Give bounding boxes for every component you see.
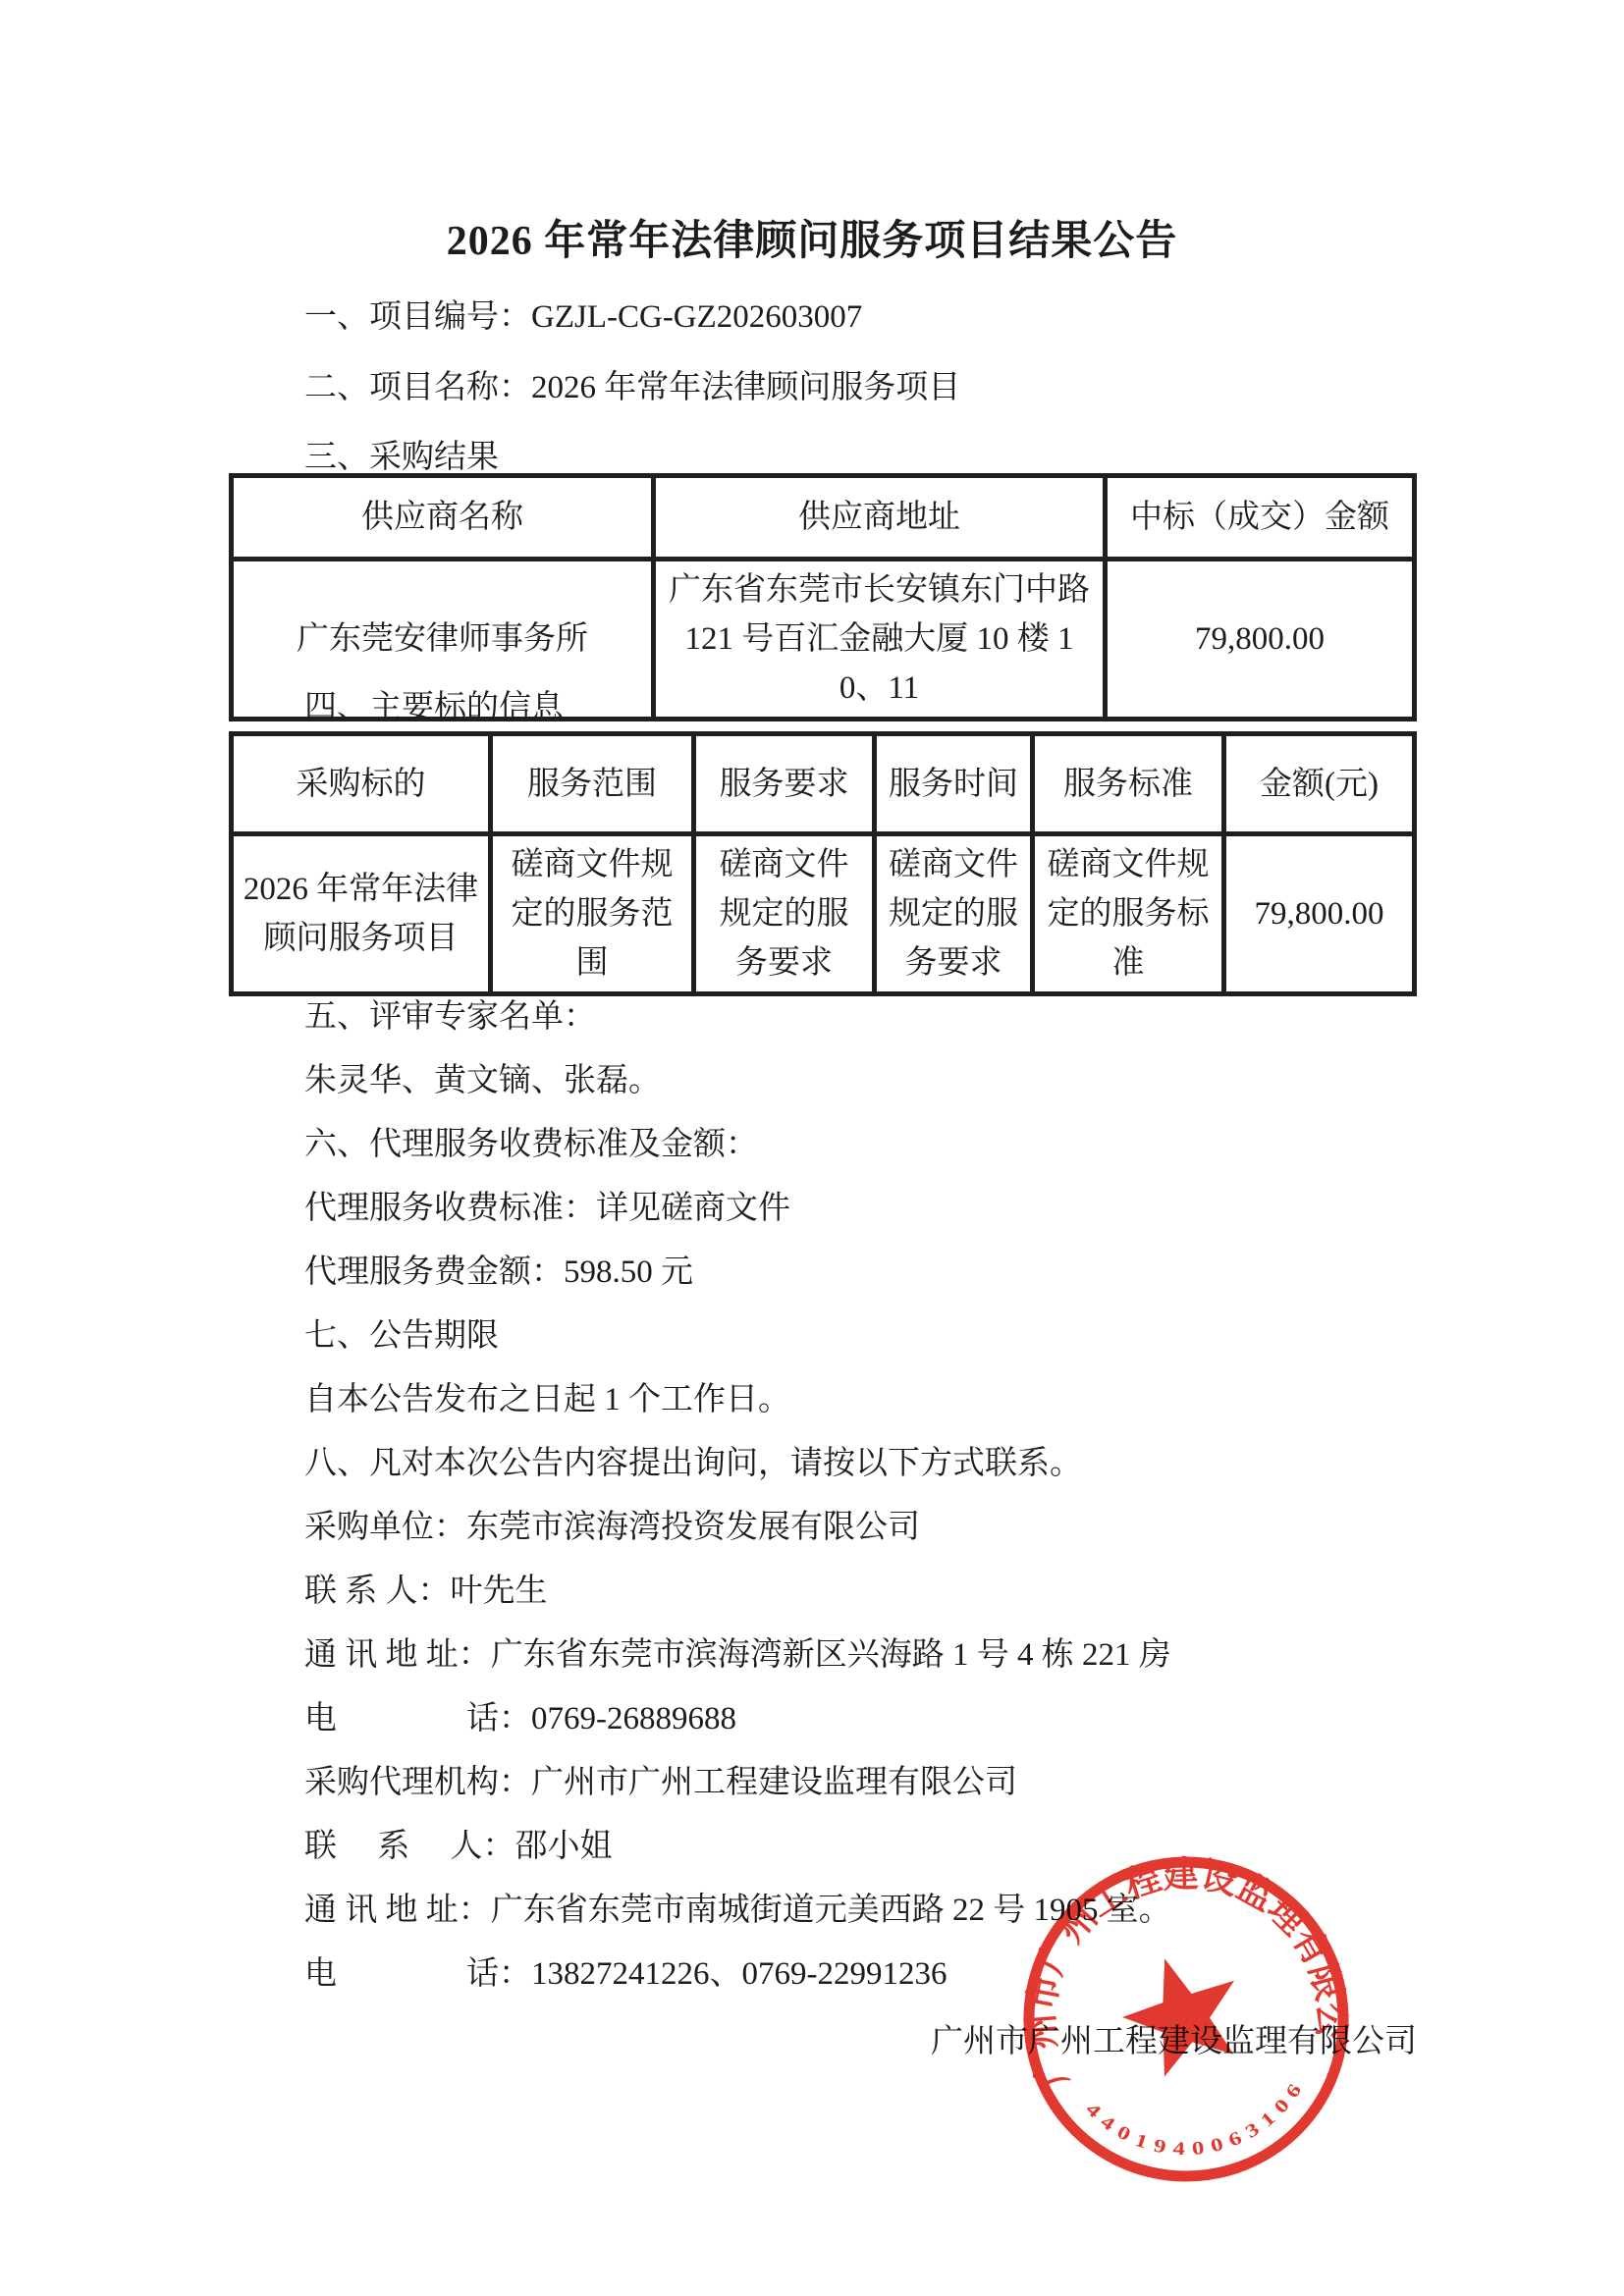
paragraph-purchaser-phone: 电 话：0769-26889688 bbox=[304, 1696, 1447, 1741]
section-heading-notice-period: 七、公告期限 bbox=[304, 1313, 1447, 1359]
paragraph-agency-address: 通 讯 地 址：广东省东莞市南城街道元美西路 22 号 1905 室。 bbox=[304, 1888, 1447, 1933]
column-header-standard: 服务标准 bbox=[1033, 734, 1224, 834]
column-header-amount: 金额(元) bbox=[1224, 734, 1415, 834]
seal-serial-text: 4401940063106 bbox=[1080, 2069, 1319, 2174]
section-heading-experts: 五、评审专家名单： bbox=[304, 994, 1447, 1040]
document-title: 2026 年常年法律顾问服务项目结果公告 bbox=[0, 208, 1624, 267]
column-header-time: 服务时间 bbox=[875, 734, 1033, 834]
column-header-award-amount: 中标（成交）金额 bbox=[1106, 476, 1415, 560]
cell-time: 磋商文件规定的服务要求 bbox=[875, 834, 1033, 994]
paragraph-fee-amount: 代理服务费金额：598.50 元 bbox=[304, 1250, 1447, 1295]
cell-requirement: 磋商文件规定的服务要求 bbox=[694, 834, 875, 994]
subject-info-table: 采购标的 服务范围 服务要求 服务时间 服务标准 金额(元) 2026 年常年法… bbox=[229, 731, 1417, 996]
table-header-row: 供应商名称 供应商地址 中标（成交）金额 bbox=[232, 476, 1415, 560]
paragraph-agency-contact: 联 系 人：邵小姐 bbox=[304, 1824, 1447, 1869]
cell-standard: 磋商文件规定的服务标准 bbox=[1033, 834, 1224, 994]
document-page: 2026 年常年法律顾问服务项目结果公告 一、项目编号：GZJL-CG-GZ20… bbox=[0, 0, 1624, 2296]
cell-scope: 磋商文件规定的服务范围 bbox=[491, 834, 694, 994]
column-header-supplier-address: 供应商地址 bbox=[654, 476, 1106, 560]
paragraph-fee-standard: 代理服务收费标准：详见磋商文件 bbox=[304, 1186, 1447, 1231]
section-heading-agency-fee: 六、代理服务收费标准及金额： bbox=[304, 1122, 1447, 1167]
paragraph-purchaser-address: 通 讯 地 址：广东省东莞市滨海湾新区兴海路 1 号 4 栋 221 房 bbox=[304, 1632, 1447, 1678]
paragraph-purchaser-contact: 联 系 人：叶先生 bbox=[304, 1569, 1447, 1614]
cell-subject: 2026 年常年法律顾问服务项目 bbox=[232, 834, 491, 994]
paragraph-agency: 采购代理机构：广州市广州工程建设监理有限公司 bbox=[304, 1760, 1447, 1805]
table-header-row: 采购标的 服务范围 服务要求 服务时间 服务标准 金额(元) bbox=[232, 734, 1415, 834]
column-header-scope: 服务范围 bbox=[491, 734, 694, 834]
section-heading-subject-info: 四、主要标的信息 bbox=[304, 685, 1447, 730]
table-row: 2026 年常年法律顾问服务项目 磋商文件规定的服务范围 磋商文件规定的服务要求… bbox=[232, 834, 1415, 994]
paragraph-project-number: 一、项目编号：GZJL-CG-GZ202603007 bbox=[304, 294, 1447, 340]
paragraph-expert-names: 朱灵华、黄文镝、张磊。 bbox=[304, 1058, 1447, 1103]
paragraph-agency-phone: 电 话：13827241226、0769-22991236 bbox=[304, 1951, 1447, 1997]
paragraph-project-name: 二、项目名称：2026 年常年法律顾问服务项目 bbox=[304, 365, 1447, 410]
column-header-supplier-name: 供应商名称 bbox=[232, 476, 654, 560]
column-header-requirement: 服务要求 bbox=[694, 734, 875, 834]
column-header-subject: 采购标的 bbox=[232, 734, 491, 834]
cell-amount: 79,800.00 bbox=[1224, 834, 1415, 994]
paragraph-purchaser: 采购单位：东莞市滨海湾投资发展有限公司 bbox=[304, 1505, 1447, 1550]
paragraph-notice-period: 自本公告发布之日起 1 个工作日。 bbox=[304, 1377, 1447, 1422]
section-heading-contact: 八、凡对本次公告内容提出询问，请按以下方式联系。 bbox=[304, 1441, 1447, 1486]
agency-signature: 广州市广州工程建设监理有限公司 bbox=[931, 2015, 1417, 2061]
